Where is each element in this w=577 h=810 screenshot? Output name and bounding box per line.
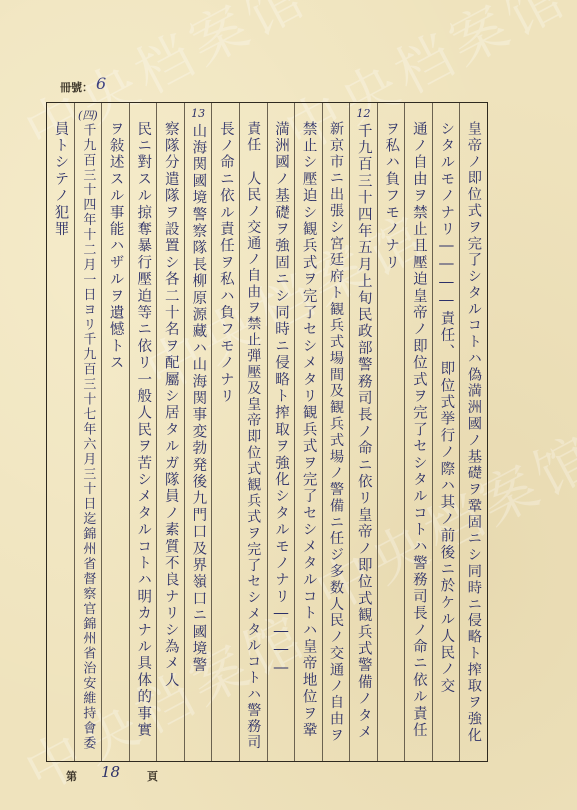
handwritten-line: 責任 人民ノ交通ノ自由ヲ禁止弾壓及皇帝即位式観兵式ヲ完了セシメタルコトハ警務司 xyxy=(246,121,260,751)
handwritten-line: シタルモノナリ――――責任、即位式挙行ノ際ハ其ノ前後ニ於ケル人民ノ交 xyxy=(439,121,454,695)
handwritten-line: 員トシテノ犯罪 xyxy=(53,121,68,238)
item-number: 12 xyxy=(356,107,370,120)
handwritten-line: 満洲國ノ基礎ヲ強固ニシ同時ニ侵略ト搾取ヲ強化シタルモノナリ―――― xyxy=(274,121,289,678)
ledger-column: (四)千九百三十四年十二月一日ヨリ千九百三十七年六月三十日迄錦州省督察官錦州省治… xyxy=(74,103,102,761)
handwritten-line: 民ニ對スル掠奪暴行壓迫等ニ依リ一般人民ヲ苦シメタルコトハ明カナル具体的事實 xyxy=(136,121,151,739)
item-number: 13 xyxy=(191,107,205,120)
handwritten-line: 山海関國境警察隊長柳原源藏ハ山海関事変勃発後九門口及界嶺口ニ國境警 xyxy=(191,123,206,674)
handwritten-line: 皇帝ノ即位式ヲ完了シタルコトハ偽満洲國ノ基礎ヲ鞏固ニシ同時ニ侵略ト搾取ヲ強化 xyxy=(467,121,481,744)
volume-number: 6 xyxy=(96,74,106,93)
handwritten-line: 千九百三十四年十二月一日ヨリ千九百三十七年六月三十日迄錦州省督察官錦州省治安維持… xyxy=(81,123,94,751)
item-number: (四) xyxy=(78,107,98,123)
handwritten-line: ヲ私ハ負フモノナリ xyxy=(384,121,399,271)
ledger-column: 察隊分遣隊ヲ設置シ各二十名ヲ配屬シ居タルガ隊員ノ素質不良ナリシ為メ人 xyxy=(156,103,184,761)
handwritten-line: 察隊分遣隊ヲ設置シ各二十名ヲ配屬シ居タルガ隊員ノ素質不良ナリシ為メ人 xyxy=(163,121,178,689)
page-number: 18 xyxy=(101,763,120,781)
ledger-column: 通ノ自由ヲ禁止且壓迫皇帝ノ即位式ヲ完了セシタルコトハ警務司長ノ命ニ依ル責任 xyxy=(404,103,432,761)
handwritten-line: 通ノ自由ヲ禁止且壓迫皇帝ノ即位式ヲ完了セシタルコトハ警務司長ノ命ニ依ル責任 xyxy=(411,121,426,739)
handwritten-line: ヲ敍述スル事能ハザルヲ遺憾トス xyxy=(108,121,123,372)
ledger-column: 員トシテノ犯罪 xyxy=(47,103,74,761)
page-prefix: 第 xyxy=(66,768,77,784)
ledger-column: 満洲國ノ基礎ヲ強固ニシ同時ニ侵略ト搾取ヲ強化シタルモノナリ―――― xyxy=(267,103,295,761)
handwritten-line: 千九百三十四年五月上旬民政部警務司長ノ命ニ依リ皇帝ノ即位式観兵式警備ノタメ xyxy=(356,123,371,741)
ledger-column: 禁止シ壓迫シ観兵式ヲ完了セシメタリ観兵式ヲ完了セシメタルコトハ皇帝地位ヲ鞏 xyxy=(294,103,322,761)
ledger-column: 民ニ對スル掠奪暴行壓迫等ニ依リ一般人民ヲ苦シメタルコトハ明カナル具体的事實 xyxy=(129,103,157,761)
ledger-column: ヲ私ハ負フモノナリ xyxy=(377,103,405,761)
ledger-column: 13山海関國境警察隊長柳原源藏ハ山海関事変勃発後九門口及界嶺口ニ國境警 xyxy=(184,103,212,761)
page-suffix: 頁 xyxy=(147,768,158,784)
handwritten-line: 長ノ命ニ依ル責任ヲ私ハ負フモノナリ xyxy=(218,121,233,405)
ledger-column: シタルモノナリ――――責任、即位式挙行ノ際ハ其ノ前後ニ於ケル人民ノ交 xyxy=(432,103,460,761)
ledger-column: 責任 人民ノ交通ノ自由ヲ禁止弾壓及皇帝即位式観兵式ヲ完了セシメタルコトハ警務司 xyxy=(239,103,267,761)
volume-label: 冊號： xyxy=(60,79,93,95)
ledger-column: ヲ敍述スル事能ハザルヲ遺憾トス xyxy=(101,103,129,761)
handwritten-line: 新京市ニ出張シ宮廷府ト観兵式場間及観兵式場ノ警備ニ任ジ多数人民ノ交通ノ自由ヲ xyxy=(329,121,343,744)
ledger-column: 皇帝ノ即位式ヲ完了シタルコトハ偽満洲國ノ基礎ヲ鞏固ニシ同時ニ侵略ト搾取ヲ強化 xyxy=(459,103,487,761)
handwritten-line: 禁止シ壓迫シ観兵式ヲ完了セシメタリ観兵式ヲ完了セシメタルコトハ皇帝地位ヲ鞏 xyxy=(301,121,316,739)
ledger-column: 新京市ニ出張シ宮廷府ト観兵式場間及観兵式場ノ警備ニ任ジ多数人民ノ交通ノ自由ヲ xyxy=(322,103,350,761)
ledger-table: 皇帝ノ即位式ヲ完了シタルコトハ偽満洲國ノ基礎ヲ鞏固ニシ同時ニ侵略ト搾取ヲ強化シタ… xyxy=(46,102,488,762)
ledger-column: 12千九百三十四年五月上旬民政部警務司長ノ命ニ依リ皇帝ノ即位式観兵式警備ノタメ xyxy=(349,103,377,761)
ledger-column: 長ノ命ニ依ル責任ヲ私ハ負フモノナリ xyxy=(211,103,239,761)
